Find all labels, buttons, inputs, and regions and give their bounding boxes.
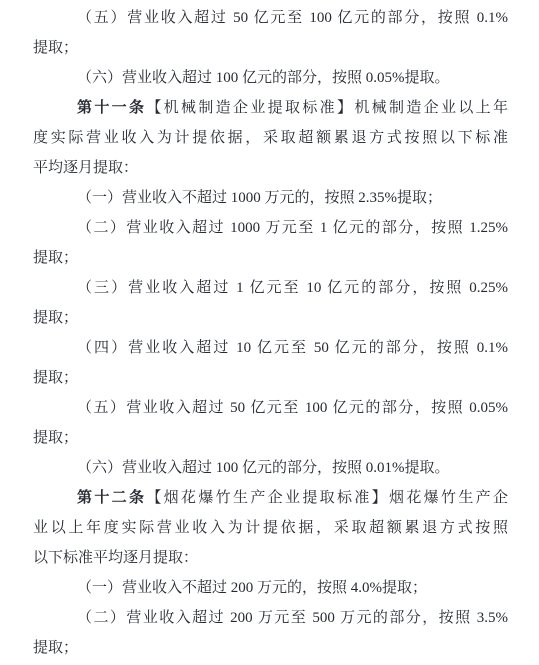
article-body-line: 度实际营业收入为计提依据，采取超额累退方式按照以下标准 — [33, 123, 508, 153]
article-body-line: 业以上年度实际营业收入为计提依据，采取超额累退方式按照 — [33, 513, 508, 543]
clause-continuation-line: 提取； — [33, 303, 508, 333]
clause-line: （五）营业收入超过 50 亿元至 100 亿元的部分，按照 0.1% — [33, 3, 508, 33]
clause-continuation-line: 提取； — [33, 243, 508, 273]
clause-text: （六）营业收入超过 100 亿元的部分，按照 0.01%提取。 — [77, 460, 450, 476]
article-body-line: 平均逐月提取： — [33, 153, 508, 183]
clause-text: （四）营业收入超过 10 亿元至 50 亿元的部分，按照 0.1% — [77, 340, 508, 356]
article-title-text: 【烟花爆竹生产企业提取标准】烟花爆竹生产企 — [146, 490, 508, 506]
clause-line: （四）营业收入超过 10 亿元至 50 亿元的部分，按照 0.1% — [33, 333, 508, 363]
clause-text: （五）营业收入超过 50 亿元至 100 亿元的部分，按照 0.1% — [77, 10, 508, 26]
clause-line: （一）营业收入不超过 1000 万元的，按照 2.35%提取； — [33, 183, 508, 213]
clause-text: （一）营业收入不超过 200 万元的，按照 4.0%提取； — [77, 580, 427, 596]
clause-continuation-line: 提取； — [33, 33, 508, 63]
article-body-text: 业以上年度实际营业收入为计提依据，采取超额累退方式按照 — [33, 520, 508, 536]
clause-text: （六）营业收入超过 100 亿元的部分，按照 0.05%提取。 — [77, 70, 450, 86]
article-number: 第十二条 — [77, 490, 146, 506]
clause-line: （三）营业收入超过 1 亿元至 10 亿元的部分，按照 0.25% — [33, 273, 508, 303]
clause-text: （三）营业收入超过 1 亿元至 10 亿元的部分，按照 0.25% — [77, 280, 508, 296]
article-body-line: 以下标准平均逐月提取： — [33, 543, 508, 573]
clause-text: 提取； — [33, 40, 78, 56]
clause-line: （二）营业收入超过 200 万元至 500 万元的部分，按照 3.5% — [33, 603, 508, 633]
clause-text: 提取； — [33, 310, 78, 326]
clause-line: （六）营业收入超过 100 亿元的部分，按照 0.05%提取。 — [33, 63, 508, 93]
article-number: 第十一条 — [77, 100, 146, 116]
clause-text: （二）营业收入超过 1000 万元至 1 亿元的部分，按照 1.25% — [77, 220, 508, 236]
clause-line: （五）营业收入超过 50 亿元至 100 亿元的部分，按照 0.05% — [33, 393, 508, 423]
clause-text: （五）营业收入超过 50 亿元至 100 亿元的部分，按照 0.05% — [77, 400, 508, 416]
document-page: （五）营业收入超过 50 亿元至 100 亿元的部分，按照 0.1% 提取； （… — [0, 0, 539, 665]
clause-text: （一）营业收入不超过 1000 万元的，按照 2.35%提取； — [77, 190, 442, 206]
clause-text: （二）营业收入超过 200 万元至 500 万元的部分，按照 3.5% — [77, 610, 508, 626]
clause-text: 提取； — [33, 640, 78, 656]
clause-line: （六）营业收入超过 100 亿元的部分，按照 0.01%提取。 — [33, 453, 508, 483]
article-heading-line: 第十一条【机械制造企业提取标准】机械制造企业以上年 — [33, 93, 508, 123]
article-body-text: 以下标准平均逐月提取： — [33, 550, 198, 566]
clause-continuation-line: 提取； — [33, 633, 508, 663]
clause-continuation-line: 提取； — [33, 363, 508, 393]
clause-text: 提取； — [33, 430, 78, 446]
article-title-text: 【机械制造企业提取标准】机械制造企业以上年 — [146, 100, 508, 116]
clause-text: 提取； — [33, 370, 78, 386]
clause-text: 提取； — [33, 250, 78, 266]
clause-line: （二）营业收入超过 1000 万元至 1 亿元的部分，按照 1.25% — [33, 213, 508, 243]
article-body-text: 平均逐月提取： — [33, 160, 138, 176]
clause-line: （一）营业收入不超过 200 万元的，按照 4.0%提取； — [33, 573, 508, 603]
article-body-text: 度实际营业收入为计提依据，采取超额累退方式按照以下标准 — [33, 130, 508, 146]
clause-continuation-line: 提取； — [33, 423, 508, 453]
article-heading-line: 第十二条【烟花爆竹生产企业提取标准】烟花爆竹生产企 — [33, 483, 508, 513]
